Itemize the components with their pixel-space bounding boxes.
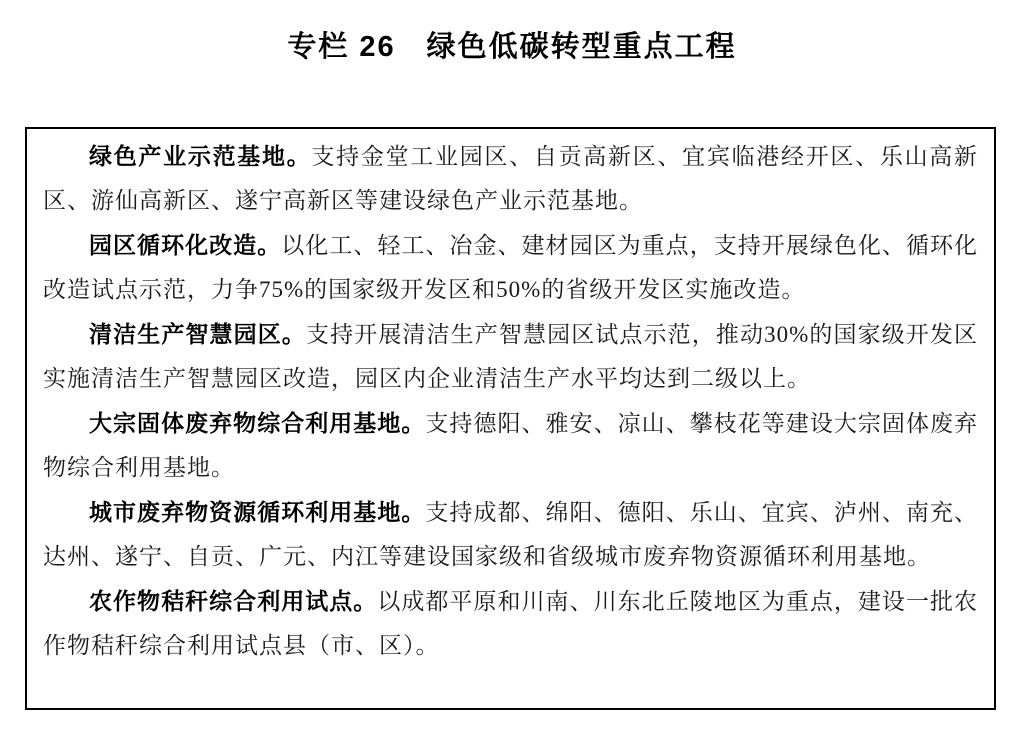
- paragraph-lead: 清洁生产智慧园区。: [89, 321, 306, 347]
- document-page: 专栏 26 绿色低碳转型重点工程 绿色产业示范基地。支持金堂工业园区、自贡高新区…: [0, 0, 1024, 735]
- content-box: 绿色产业示范基地。支持金堂工业园区、自贡高新区、宜宾临港经开区、乐山高新区、游仙…: [25, 127, 996, 710]
- paragraph-urban-waste-recycling-base: 城市废弃物资源循环利用基地。支持成都、绵阳、德阳、乐山、宜宾、泸州、南充、达州、…: [43, 490, 978, 579]
- paragraph-lead: 农作物秸秆综合利用试点。: [89, 588, 377, 614]
- page-title: 专栏 26 绿色低碳转型重点工程: [0, 24, 1024, 65]
- paragraph-lead: 城市废弃物资源循环利用基地。: [89, 499, 425, 525]
- paragraph-park-circular-retrofit: 园区循环化改造。以化工、轻工、冶金、建材园区为重点，支持开展绿色化、循环化改造试…: [43, 223, 978, 312]
- paragraph-lead: 大宗固体废弃物综合利用基地。: [89, 410, 425, 436]
- paragraph-lead: 园区循环化改造。: [89, 232, 281, 258]
- paragraph-clean-production-smart-park: 清洁生产智慧园区。支持开展清洁生产智慧园区试点示范，推动30%的国家级开发区实施…: [43, 312, 978, 401]
- paragraph-crop-straw-utilization-pilot: 农作物秸秆综合利用试点。以成都平原和川南、川东北丘陵地区为重点，建设一批农作物秸…: [43, 579, 978, 668]
- paragraph-green-industry-base: 绿色产业示范基地。支持金堂工业园区、自贡高新区、宜宾临港经开区、乐山高新区、游仙…: [43, 134, 978, 223]
- paragraph-lead: 绿色产业示范基地。: [89, 143, 311, 169]
- paragraph-bulk-solid-waste-base: 大宗固体废弃物综合利用基地。支持德阳、雅安、凉山、攀枝花等建设大宗固体废弃物综合…: [43, 401, 978, 490]
